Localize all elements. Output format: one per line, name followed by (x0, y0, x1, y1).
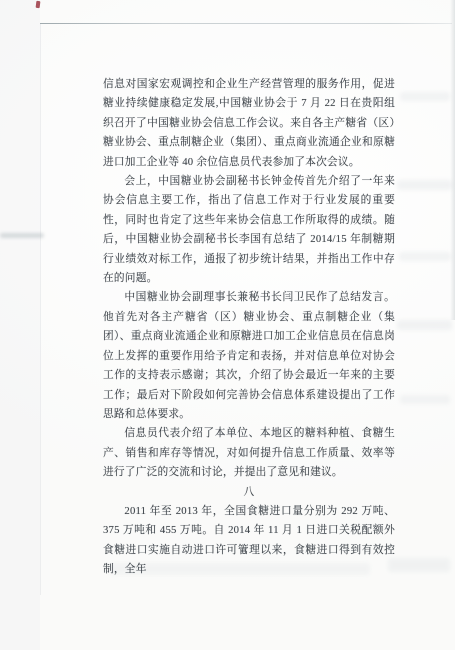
scan-left-band (0, 0, 40, 650)
document-body: 信息对国家宏观调控和企业生产经营管理的服务作用，促进糖业持续健康稳定发展,中国糖… (103, 75, 395, 580)
paragraph-1: 信息对国家宏观调控和企业生产经营管理的服务作用，促进糖业持续健康稳定发展,中国糖… (103, 75, 395, 172)
paper-fold-line (40, 24, 41, 595)
paragraph-2: 会上，中国糖业协会副秘书长钟金传首先介绍了一年来协会信息主要工作，指出了信息工作… (103, 172, 395, 288)
bleed-through-artifact (388, 558, 450, 572)
paragraph-3: 中国糖业协会副理事长兼秘书长闫卫民作了总结发言。他首先对各主产糖省（区）糖业协会… (103, 288, 395, 424)
bleed-through-artifact (397, 320, 452, 330)
bleed-through-artifact (397, 180, 452, 190)
bleed-through-artifact (400, 92, 450, 101)
scanned-document-page: 信息对国家宏观调控和企业生产经营管理的服务作用，促进糖业持续健康稳定发展,中国糖… (0, 0, 455, 650)
bleed-through-artifact (399, 252, 451, 261)
paragraph-5: 2011 年至 2013 年，全国食糖进口量分别为 292 万吨、375 万吨和… (103, 502, 395, 580)
page-number: 6 (103, 546, 385, 557)
bleed-through-artifact (400, 395, 450, 404)
scan-right-shadow (450, 0, 455, 320)
section-number-heading: 八 (103, 483, 395, 502)
paragraph-4: 信息员代表介绍了本单位、本地区的糖料种植、食糖生产、销售和库存等情况，对如何提升… (103, 424, 395, 482)
top-edge-scan-line (40, 23, 452, 24)
